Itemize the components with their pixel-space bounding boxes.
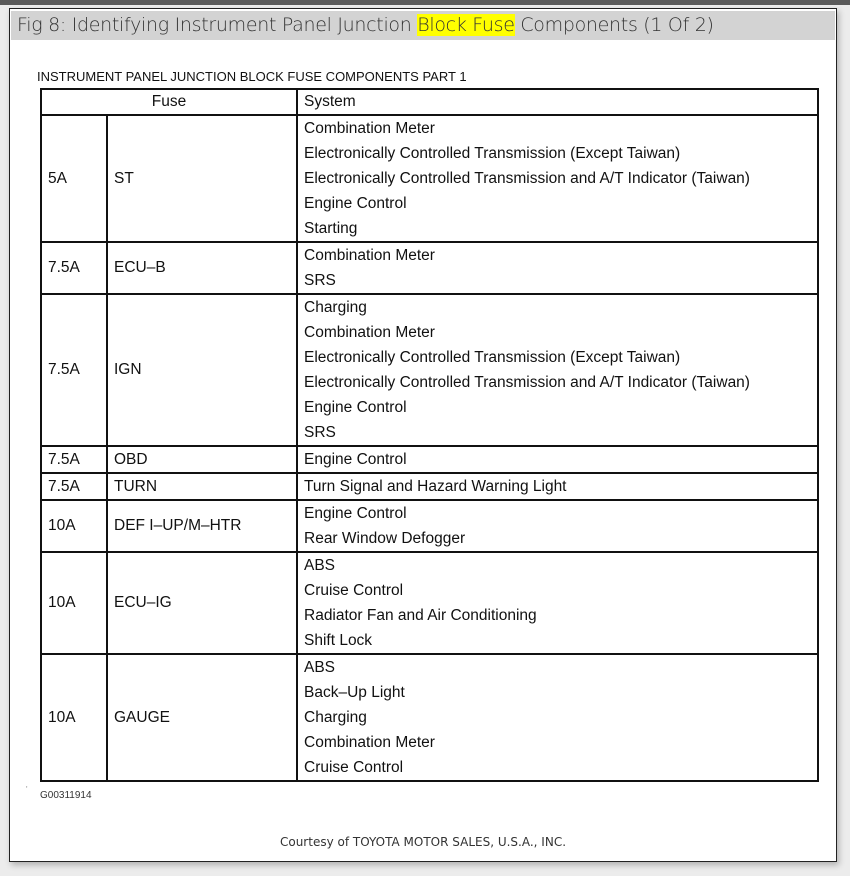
figure-frame: Fig 8: Identifying Instrument Panel Junc… bbox=[9, 8, 837, 862]
fuse-amperage: 7.5A bbox=[41, 294, 107, 446]
fuse-systems: ChargingCombination MeterElectronically … bbox=[297, 294, 818, 446]
document-title: INSTRUMENT PANEL JUNCTION BLOCK FUSE COM… bbox=[37, 69, 467, 84]
header-fuse: Fuse bbox=[41, 89, 297, 115]
credit-line: Courtesy of TOYOTA MOTOR SALES, U.S.A., … bbox=[10, 835, 836, 849]
caption-suffix: Components (1 Of 2) bbox=[515, 14, 714, 36]
system-item: Charging bbox=[304, 705, 811, 730]
system-item: Radiator Fan and Air Conditioning bbox=[304, 603, 811, 628]
fuse-systems: Engine Control bbox=[297, 446, 818, 473]
fuse-systems: Engine ControlRear Window Defogger bbox=[297, 500, 818, 552]
fuse-table-body: 5ASTCombination MeterElectronically Cont… bbox=[41, 115, 818, 781]
system-item: Electronically Controlled Transmission (… bbox=[304, 345, 811, 370]
system-item: ABS bbox=[304, 553, 811, 578]
fuse-name: GAUGE bbox=[107, 654, 297, 781]
system-item: Engine Control bbox=[304, 191, 811, 216]
system-item: Combination Meter bbox=[304, 116, 811, 141]
system-item: Shift Lock bbox=[304, 628, 811, 653]
system-item: Rear Window Defogger bbox=[304, 526, 811, 551]
figure-caption-bar: Fig 8: Identifying Instrument Panel Junc… bbox=[11, 11, 835, 40]
fuse-name: DEF I–UP/M–HTR bbox=[107, 500, 297, 552]
system-item: Charging bbox=[304, 295, 811, 320]
fuse-name: ST bbox=[107, 115, 297, 242]
system-item: Starting bbox=[304, 216, 811, 241]
fuse-amperage: 10A bbox=[41, 500, 107, 552]
window-top-edge bbox=[0, 0, 850, 5]
system-item: Electronically Controlled Transmission (… bbox=[304, 141, 811, 166]
system-item: Electronically Controlled Transmission a… bbox=[304, 166, 811, 191]
fuse-systems: Combination MeterSRS bbox=[297, 242, 818, 294]
system-item: Engine Control bbox=[304, 501, 811, 526]
fuse-table: Fuse System 5ASTCombination MeterElectro… bbox=[40, 88, 819, 782]
caption-prefix: Fig 8: Identifying Instrument Panel Junc… bbox=[17, 14, 417, 36]
system-item: SRS bbox=[304, 268, 811, 293]
table-row: 7.5AOBDEngine Control bbox=[41, 446, 818, 473]
fuse-amperage: 7.5A bbox=[41, 242, 107, 294]
table-header-row: Fuse System bbox=[41, 89, 818, 115]
system-item: Electronically Controlled Transmission a… bbox=[304, 370, 811, 395]
fuse-name: IGN bbox=[107, 294, 297, 446]
fuse-systems: ABSCruise ControlRadiator Fan and Air Co… bbox=[297, 552, 818, 654]
scan-mark: ' bbox=[26, 785, 28, 794]
system-item: SRS bbox=[304, 420, 811, 445]
system-item: Combination Meter bbox=[304, 243, 811, 268]
fuse-amperage: 7.5A bbox=[41, 473, 107, 500]
system-item: Cruise Control bbox=[304, 755, 811, 780]
table-row: 7.5AECU–BCombination MeterSRS bbox=[41, 242, 818, 294]
fuse-amperage: 10A bbox=[41, 654, 107, 781]
fuse-name: TURN bbox=[107, 473, 297, 500]
system-item: Engine Control bbox=[304, 447, 811, 472]
graphic-code: G00311914 bbox=[40, 790, 92, 801]
table-row: 10AECU–IGABSCruise ControlRadiator Fan a… bbox=[41, 552, 818, 654]
caption-search-highlight: Block Fuse bbox=[417, 14, 514, 36]
figure-caption: Fig 8: Identifying Instrument Panel Junc… bbox=[17, 14, 714, 36]
system-item: Combination Meter bbox=[304, 730, 811, 755]
fuse-systems: Combination MeterElectronically Controll… bbox=[297, 115, 818, 242]
fuse-name: ECU–IG bbox=[107, 552, 297, 654]
system-item: Cruise Control bbox=[304, 578, 811, 603]
table-row: 7.5AIGNChargingCombination MeterElectron… bbox=[41, 294, 818, 446]
header-system: System bbox=[297, 89, 818, 115]
system-item: Back–Up Light bbox=[304, 680, 811, 705]
fuse-amperage: 7.5A bbox=[41, 446, 107, 473]
system-item: Combination Meter bbox=[304, 320, 811, 345]
fuse-systems: ABSBack–Up LightChargingCombination Mete… bbox=[297, 654, 818, 781]
system-item: Turn Signal and Hazard Warning Light bbox=[304, 474, 811, 499]
system-item: Engine Control bbox=[304, 395, 811, 420]
table-row: 5ASTCombination MeterElectronically Cont… bbox=[41, 115, 818, 242]
fuse-name: ECU–B bbox=[107, 242, 297, 294]
table-row: 10AGAUGEABSBack–Up LightChargingCombinat… bbox=[41, 654, 818, 781]
system-item: ABS bbox=[304, 655, 811, 680]
fuse-systems: Turn Signal and Hazard Warning Light bbox=[297, 473, 818, 500]
fuse-amperage: 5A bbox=[41, 115, 107, 242]
fuse-name: OBD bbox=[107, 446, 297, 473]
table-row: 7.5ATURNTurn Signal and Hazard Warning L… bbox=[41, 473, 818, 500]
table-row: 10ADEF I–UP/M–HTREngine ControlRear Wind… bbox=[41, 500, 818, 552]
fuse-amperage: 10A bbox=[41, 552, 107, 654]
